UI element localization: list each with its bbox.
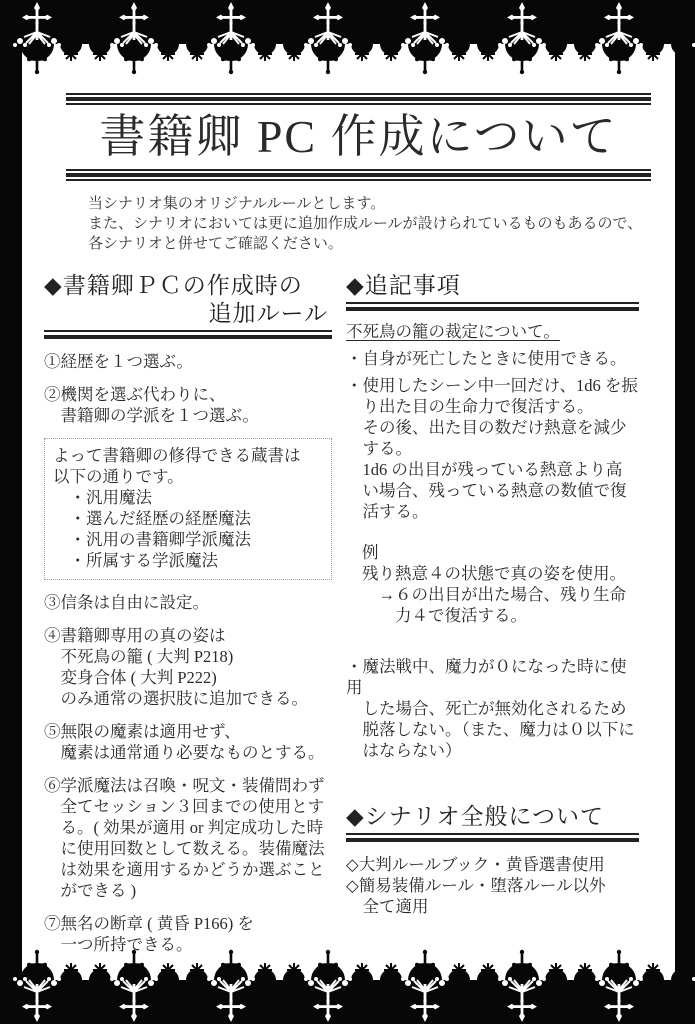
ruling-bullet-2: ・使用したシーン中一回だけ、1d6 を振 り出た目の生命力で復活する。 その後、… xyxy=(346,375,639,522)
rule-item-3: ③信条は自由に設定。 xyxy=(44,592,332,613)
library-note-box: よって書籍卿の修得できる蔵書は 以下の通りです。 ・汎用魔法 ・選んだ経歴の経歴… xyxy=(44,438,332,580)
scenario-general-heading: ◆シナリオ全般について xyxy=(346,803,639,842)
scenario-general-heading-text: ◆シナリオ全般について xyxy=(346,803,639,831)
rule-item-4: ④書籍卿専用の真の姿は 不死鳥の籠 ( 大判 P218) 変身合体 ( 大判 P… xyxy=(44,625,332,709)
addendum-heading: ◆追記事項 xyxy=(346,272,639,311)
scenario-general-heading-rule xyxy=(346,833,639,842)
rule-item-1: ①経歴を１つ選ぶ。 xyxy=(44,351,332,372)
rule-item-5: ⑤無限の魔素は適用せず、 魔素は通常通り必要なものとする。 xyxy=(44,721,332,763)
title-rule-top xyxy=(66,93,651,105)
left-column: ◆書籍卿ＰＣの作成時の 追加ルール ①経歴を１つ選ぶ。 ②機関を選ぶ代わりに、 … xyxy=(44,272,332,955)
right-column: ◆追記事項 不死鳥の籠の裁定について。 ・自身が死亡したときに使用できる。 ・使… xyxy=(346,272,639,955)
ruling-bullet-3: ・魔法戦中、魔力が０になった時に使用 した場合、死亡が無効化されるため 脱落しな… xyxy=(346,656,639,761)
addendum-heading-text: ◆追記事項 xyxy=(346,272,639,300)
title-block: 書籍卿 PC 作成について xyxy=(66,93,651,181)
addendum-heading-rule xyxy=(346,302,639,311)
scenario-notes: ◇大判ルールブック・黄昏選書使用 ◇簡易装備ルール・堕落ルール以外 全て適用 xyxy=(346,854,639,917)
left-heading-line1: ◆書籍卿ＰＣの作成時の xyxy=(44,272,332,300)
intro-paragraph: 当シナリオ集のオリジナルルールとします。 また、シナリオにおいては更に追加作成ル… xyxy=(88,194,681,254)
left-column-heading: ◆書籍卿ＰＣの作成時の 追加ルール xyxy=(44,272,332,339)
left-heading-rule xyxy=(44,330,332,339)
rule-item-7: ⑦無名の断章 ( 黄昏 P166) を 一つ所持できる。 xyxy=(44,913,332,955)
page-content: 書籍卿 PC 作成について 当シナリオ集のオリジナルルールとします。 また、シナ… xyxy=(0,0,695,1024)
ruling-bullet-1: ・自身が死亡したときに使用できる。 xyxy=(346,348,639,369)
phoenix-cage-ruling-title: 不死鳥の籠の裁定について。 xyxy=(346,321,639,342)
rule-item-6: ⑥学派魔法は召喚・呪文・装備問わず 全てセッション３回までの使用とす る。( 効… xyxy=(44,775,332,901)
left-heading-line2: 追加ルール xyxy=(44,300,332,328)
page-title: 書籍卿 PC 作成について xyxy=(66,105,651,169)
two-column-layout: ◆書籍卿ＰＣの作成時の 追加ルール ①経歴を１つ選ぶ。 ②機関を選ぶ代わりに、 … xyxy=(44,272,681,955)
title-rule-bottom xyxy=(66,169,651,181)
library-note-text: よって書籍卿の修得できる蔵書は 以下の通りです。 ・汎用魔法 ・選んだ経歴の経歴… xyxy=(53,445,327,571)
rule-item-2: ②機関を選ぶ代わりに、 書籍卿の学派を１つ選ぶ。 xyxy=(44,384,332,426)
ruling-example: 例 残り熱意４の状態で真の姿を使用。 →６の出目が出た場合、残り生命 力４で復活… xyxy=(362,542,639,626)
